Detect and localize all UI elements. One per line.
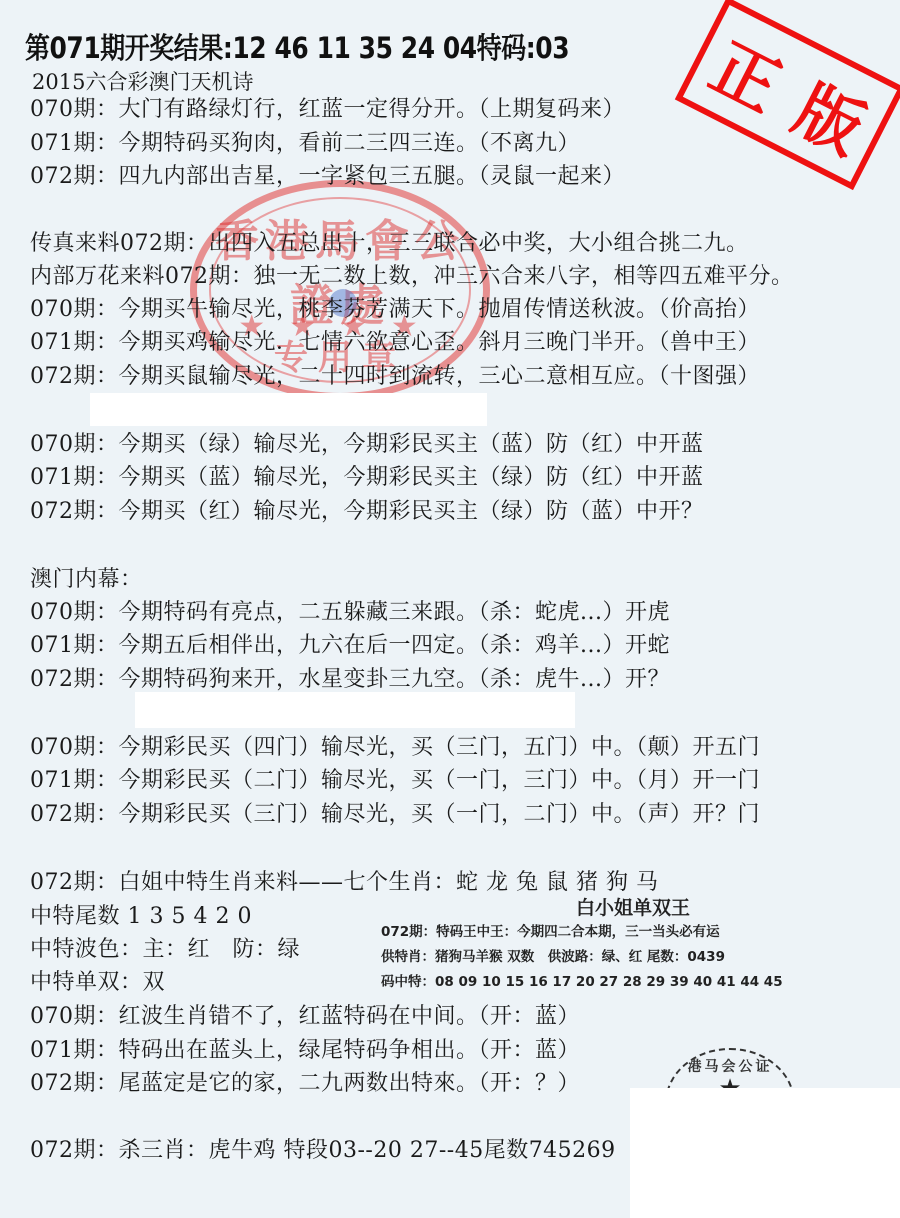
zodiac-wave-color: 中特波色：主：红 防：绿 <box>30 936 300 964</box>
inside-line-072: 072期：今期特码狗来开，水星变卦三九空。（杀：虎牛...）开？ <box>30 666 670 694</box>
redacted-block-2 <box>135 692 575 728</box>
page-subtitle: 2015六合彩澳门天机诗 <box>32 66 253 96</box>
zhengban-stamp: 正 版 <box>675 0 900 190</box>
fax-line-070: 070期：今期买牛输尽光，桃李芬芳满天下。抛眉传情送秋波。（价高抬） <box>30 296 760 324</box>
wave-line-070: 070期：红波生肖错不了，红蓝特码在中间。（开：蓝） <box>30 1003 580 1031</box>
ban-char: 版 <box>781 58 883 173</box>
color-line-070: 070期：今期买（绿）输尽光，今期彩民买主（蓝）防（红）中开蓝 <box>30 431 704 459</box>
redacted-block-1 <box>90 393 487 426</box>
color-line-072: 072期：今期买（红）输尽光，今期彩民买主（绿）防（蓝）中开？ <box>30 498 704 526</box>
inside-line-070: 070期：今期特码有亮点，二五躲藏三来跟。（杀：蛇虎...）开虎 <box>30 599 670 627</box>
bai-xiaojie-title: 白小姐单双王 <box>576 893 690 920</box>
wave-line-071: 071期：特码出在蓝头上，绿尾特码争相出。（开：蓝） <box>30 1037 580 1065</box>
inside-section-title: 澳门内幕： <box>30 566 143 594</box>
redacted-block-3 <box>630 1088 900 1218</box>
zodiac-odd-even: 中特单双：双 <box>30 969 165 997</box>
bai-xiaojie-line-2: 供特肖：猪狗马羊猴 双数 供波路：绿、红 尾数：0439 <box>381 945 725 965</box>
fax-line-2: 内部万花来料072期：独一无二数上数，冲三六合来八字，相等四五难平分。 <box>30 263 794 291</box>
seal2-text: 港马会公证 <box>667 1056 793 1076</box>
fax-line-072: 072期：今期买鼠输尽光，二十四时到流转，三心二意相互应。（十图强） <box>30 363 760 391</box>
zodiac-tail-numbers: 中特尾数 1 3 5 4 2 0 <box>30 903 252 931</box>
door-line-070: 070期：今期彩民买（四门）输尽光，买（三门，五门）中。（颠）开五门 <box>30 734 760 762</box>
fax-line-1: 传真来料072期：出四入五总出十，三三联合必中奖，大小组合挑二九。 <box>30 230 749 258</box>
draw-result-headline: 第071期开奖结果:12 46 11 35 24 04特码:03 <box>25 26 569 67</box>
poem-line-071: 071期：今期特码买狗肉，看前二三四三连。（不离九） <box>30 130 580 158</box>
wave-line-072: 072期：尾蓝定是它的家，二九两数出特來。（开：？） <box>30 1070 580 1098</box>
bai-xiaojie-line-3: 码中特：08 09 10 15 16 17 20 27 28 29 39 40 … <box>381 970 783 990</box>
poem-line-070: 070期：大门有路绿灯行，红蓝一定得分开。（上期复码来） <box>30 96 625 124</box>
door-line-071: 071期：今期彩民买（二门）输尽光，买（一门，三门）中。（月）开一门 <box>30 767 760 795</box>
color-line-071: 071期：今期买（蓝）输尽光，今期彩民买主（绿）防（红）中开蓝 <box>30 464 704 492</box>
zheng-char: 正 <box>697 15 799 130</box>
poem-line-072: 072期：四九内部出吉星，一字紧包三五腿。（灵鼠一起来） <box>30 163 625 191</box>
fax-line-071: 071期：今期买鸡输尽光．七情六欲意心歪。斜月三晚门半开。（兽中王） <box>30 329 760 357</box>
zodiac-main-line: 072期：白姐中特生肖来料——七个生肖：蛇 龙 兔 鼠 猪 狗 马 <box>30 869 658 897</box>
kill-zodiac-line: 072期：杀三肖：虎牛鸡 特段03--20 27--45尾数745269 <box>30 1137 616 1165</box>
door-line-072: 072期：今期彩民买（三门）输尽光，买（一门，二门）中。（声）开？门 <box>30 801 760 829</box>
bai-xiaojie-line-1: 072期：特码王中王：今期四二合本期，三一当头必有运 <box>381 920 720 940</box>
inside-line-071: 071期：今期五后相伴出，九六在后一四定。（杀：鸡羊...）开蛇 <box>30 632 670 660</box>
